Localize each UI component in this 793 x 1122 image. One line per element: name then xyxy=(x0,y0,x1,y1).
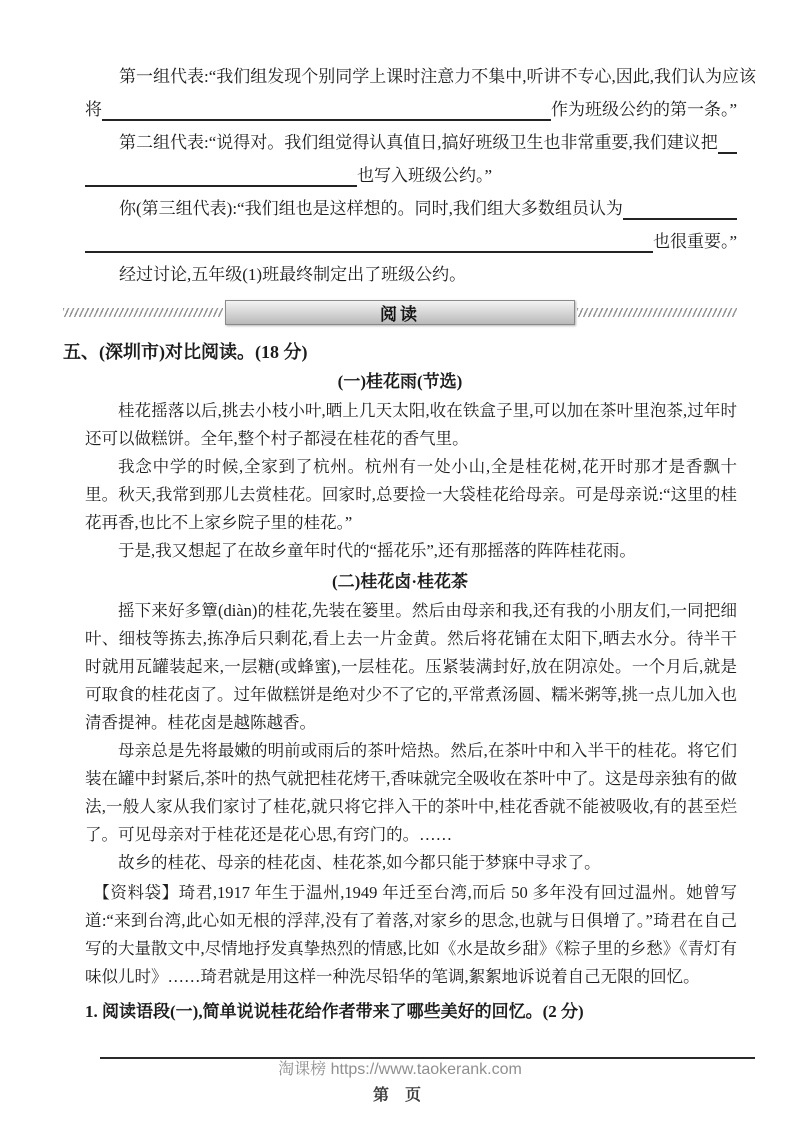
dialogue-text: 作为班级公约的第一条。” xyxy=(551,93,737,126)
dialogue-line: 将 作为班级公约的第一条。” xyxy=(85,93,737,126)
info-bag-paragraph: 【资料袋】琦君,1917 年生于温州,1949 年迁至台湾,而后 50 多年没有… xyxy=(85,879,737,991)
reading-banner: 阅读 xyxy=(63,300,737,325)
dialogue-text: 第一组代表:“我们组发现个别同学上课时注意力不集中,听讲不专心,因此,我们认为应… xyxy=(119,60,756,93)
fill-blank[interactable] xyxy=(85,241,653,253)
section-heading: 五、(深圳市)对比阅读。(18 分) xyxy=(63,339,737,365)
passage-paragraph: 我念中学的时候,全家到了杭州。杭州有一处小山,全是桂花树,花开时那才是香飘十里。… xyxy=(85,453,737,537)
passage2: 摇下来好多簟(diàn)的桂花,先装在篓里。然后由母亲和我,还有我的小朋友们,一… xyxy=(63,597,737,877)
dialogue-text: 经过讨论,五年级(1)班最终制定出了班级公约。 xyxy=(119,258,466,291)
dialogue-text: 你(第三组代表):“我们组也是这样想的。同时,我们组大多数组员认为 xyxy=(119,192,623,225)
passage-paragraph: 于是,我又想起了在故乡童年时代的“摇花乐”,还有那摇落的阵阵桂花雨。 xyxy=(85,537,737,565)
passage2-title: (二)桂花卤·桂花茶 xyxy=(63,569,737,595)
dialogue-line: 第二组代表:“说得对。我们组觉得认真值日,搞好班级卫生也非常重要,我们建议把 xyxy=(85,126,737,159)
fill-blank[interactable] xyxy=(85,175,357,187)
dialogue-line: 也写入班级公约。” xyxy=(85,159,737,192)
dialogue-text: 第二组代表:“说得对。我们组觉得认真值日,搞好班级卫生也非常重要,我们建议把 xyxy=(119,126,718,159)
passage1: 桂花摇落以后,挑去小枝小叶,晒上几天太阳,收在铁盒子里,可以加在茶叶里泡茶,过年… xyxy=(63,397,737,565)
hatch-rule-right xyxy=(577,308,737,317)
passage-paragraph: 母亲总是先将最嫩的明前或雨后的茶叶焙热。然后,在茶叶中和入半干的桂花。将它们装在… xyxy=(85,737,737,849)
dialogue-section: 第一组代表:“我们组发现个别同学上课时注意力不集中,听讲不专心,因此,我们认为应… xyxy=(63,60,737,291)
passage-paragraph: 摇下来好多簟(diàn)的桂花,先装在篓里。然后由母亲和我,还有我的小朋友们,一… xyxy=(85,597,737,737)
site-link[interactable]: 淘课榜 https://www.taokerank.com xyxy=(63,1059,737,1081)
dialogue-text: 也很重要。” xyxy=(653,225,737,258)
dialogue-text: 也写入班级公约。” xyxy=(357,159,492,192)
dialogue-line: 经过讨论,五年级(1)班最终制定出了班级公约。 xyxy=(85,258,737,291)
fill-blank[interactable] xyxy=(102,109,551,121)
fill-blank[interactable] xyxy=(623,208,737,220)
page-footer: 淘课榜 https://www.taokerank.com 第 页 xyxy=(63,1059,737,1107)
dialogue-line: 你(第三组代表):“我们组也是这样想的。同时,我们组大多数组员认为 xyxy=(85,192,737,225)
passage1-title: (一)桂花雨(节选) xyxy=(63,369,737,395)
dialogue-text: 将 xyxy=(85,93,102,126)
reading-banner-label: 阅读 xyxy=(225,300,575,325)
passage-paragraph: 桂花摇落以后,挑去小枝小叶,晒上几天太阳,收在铁盒子里,可以加在茶叶里泡茶,过年… xyxy=(85,397,737,453)
fill-blank[interactable] xyxy=(718,142,737,154)
reading-section: 五、(深圳市)对比阅读。(18 分) (一)桂花雨(节选) 桂花摇落以后,挑去小… xyxy=(63,331,737,1059)
question-1: 1. 阅读语段(一),简单说说桂花给作者带来了哪些美好的回忆。(2 分) xyxy=(85,997,737,1027)
dialogue-line: 也很重要。” xyxy=(85,225,737,258)
page-number: 第 页 xyxy=(63,1085,737,1107)
dialogue-line: 第一组代表:“我们组发现个别同学上课时注意力不集中,听讲不专心,因此,我们认为应… xyxy=(85,60,737,93)
hatch-rule-left xyxy=(63,308,223,317)
passage-paragraph: 故乡的桂花、母亲的桂花卤、桂花茶,如今都只能于梦寐中寻求了。 xyxy=(85,849,737,877)
